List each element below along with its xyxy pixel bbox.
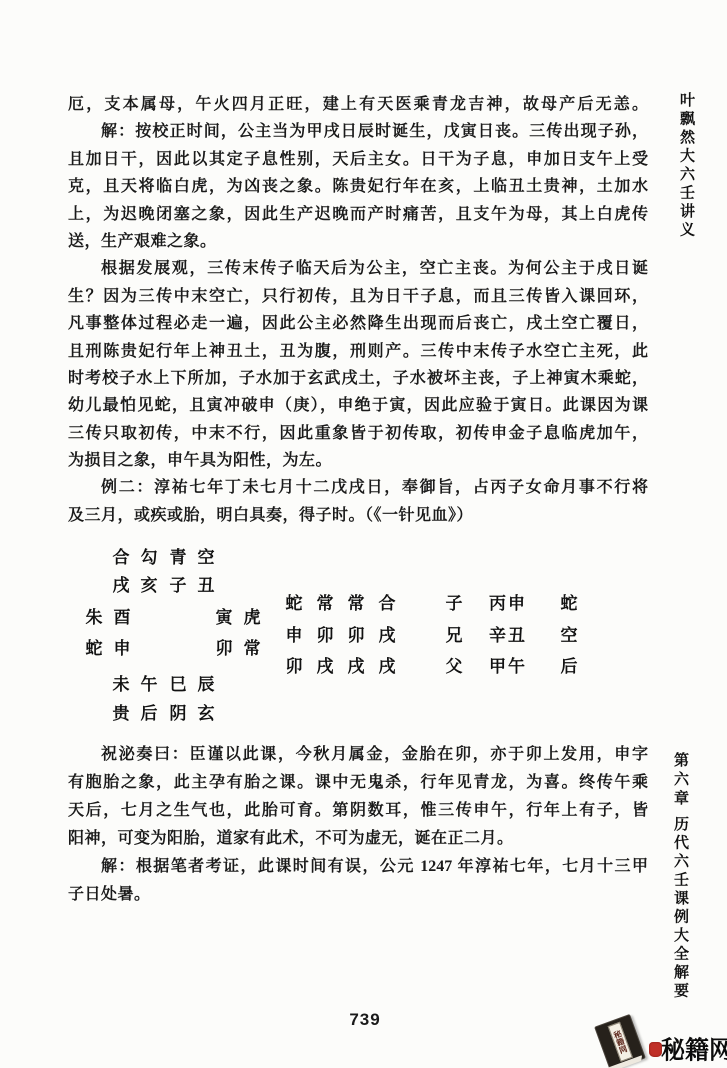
text-line: 上，为迟晚闭塞之象，因此生产迟晚而产时痛苦，且支午为母，其上白虎传 xyxy=(68,201,648,228)
text-line: 送，生产艰难之象。 xyxy=(68,228,648,255)
text-line: 克，且天将临白虎，为凶丧之象。陈贵妃行年在亥，上临丑土贵神，土加水 xyxy=(68,173,648,200)
lesson-char: 戌 xyxy=(378,658,396,676)
plate-char: 贵 xyxy=(112,705,130,723)
lesson-char: 戌 xyxy=(316,658,334,676)
text-line: 凡事整体过程必走一遍，因此公主必然降生出现而后丧亡，戌土空亡覆日， xyxy=(68,310,648,337)
watermark-site-name: 秘籍网 xyxy=(661,1029,727,1066)
paragraph-example-2: 例二：淳祐七年丁未七月十二戊戌日，奉御旨，占丙子女命月事不行将 及三月，或疾或胎… xyxy=(68,474,648,529)
plate-char: 亥 xyxy=(140,577,158,595)
text-line: 阳神，可变为阳胎，道家有此术，不可为虚无，诞在正二月。 xyxy=(68,825,648,853)
plate-char: 阴 xyxy=(169,705,187,723)
plate-char: 戌 xyxy=(112,577,130,595)
lesson-char: 卯 xyxy=(316,627,334,645)
text-line: 幼儿最怕见蛇，且寅冲破申（庚），申绝于寅，因此应验于寅日。此课因为课 xyxy=(68,392,648,419)
plate-char: 青 xyxy=(169,549,187,567)
transmission-ganzhi: 丙申 xyxy=(486,595,530,613)
transmission-god: 后 xyxy=(560,658,578,676)
plate-char: 午 xyxy=(140,676,158,694)
transmission-god: 蛇 xyxy=(560,595,578,613)
lesson-char: 戌 xyxy=(347,658,365,676)
plate-char: 后 xyxy=(140,705,158,723)
lesson-char: 卯 xyxy=(285,658,303,676)
paragraph: 祝泌奏曰：臣谨以此课，今秋月属金，金胎在卯，亦于卯上发用，申字 有胞胎之象，此主… xyxy=(68,741,648,853)
paragraph: 厄，支本属母，午火四月正旺，建上有天医乘青龙吉神，故母产后无恙。 xyxy=(68,91,648,118)
text-line: 有胞胎之象，此主孕有胎之课。课中无鬼杀，行年见青龙，为喜。终传午乘 xyxy=(68,769,648,797)
chapter-title-vertical: 历代六壬课例大全解要 xyxy=(670,816,691,1001)
text-line: 且加日干，因此以其定子息性别，天后主女。日干为子息，申加日支午上受 xyxy=(68,146,648,173)
plate-char: 子 xyxy=(169,577,187,595)
transmission-ganzhi: 甲午 xyxy=(486,658,530,676)
text-line: 三传只取初传，中末不行，因此重象皆于初传取，初传申金子息临虎加午， xyxy=(68,420,648,447)
plate-char: 勾 xyxy=(140,549,158,567)
text-line: 解：根据笔者考证，此课时间有误，公元 1247 年淳祐七年，七月十三甲 xyxy=(68,853,648,881)
plate-char: 虎 xyxy=(243,609,261,627)
text-line: 厄，支本属母，午火四月正旺，建上有天医乘青龙吉神，故母产后无恙。 xyxy=(68,91,648,118)
plate-char: 未 xyxy=(112,676,130,694)
text-line: 及三月，或疾或胎，明白具奏，得子时。（《一针见血》） xyxy=(68,502,648,529)
text-line: 时考校子水上下所加，子水加于玄武戌土，子水被坏主丧，子上神寅木乘蛇， xyxy=(68,365,648,392)
plate-char: 巳 xyxy=(169,676,187,694)
text-line: 为损目之象，申午具为阳性，为左。 xyxy=(68,447,648,474)
plate-char: 朱 xyxy=(85,609,103,627)
transmission-ganzhi: 辛丑 xyxy=(486,627,530,645)
lesson-char: 蛇 xyxy=(285,595,303,613)
lesson-char: 常 xyxy=(316,595,334,613)
book-stamp-label: 秘籍网 xyxy=(608,1022,633,1062)
lesson-char: 戌 xyxy=(378,627,396,645)
transmission-god: 空 xyxy=(560,627,578,645)
text-line: 子日处暑。 xyxy=(68,881,648,909)
lesson-char: 卯 xyxy=(347,627,365,645)
text-line: 且刑陈贵妃行年上神丑土，丑为腹，刑则产。三传中末传子水空亡主死，此 xyxy=(68,338,648,365)
plate-char: 申 xyxy=(113,640,131,658)
paragraph: 解：根据笔者考证，此课时间有误，公元 1247 年淳祐七年，七月十三甲 子日处暑… xyxy=(68,853,648,909)
book-page: 厄，支本属母，午火四月正旺，建上有天医乘青龙吉神，故母产后无恙。 解：按校正时间… xyxy=(0,0,727,1068)
main-text-bottom: 祝泌奏曰：臣谨以此课，今秋月属金，金胎在卯，亦于卯上发用，申字 有胞胎之象，此主… xyxy=(68,741,648,909)
text-line: 根据发展观，三传末传子临天后为公主，空亡主丧。为何公主于戌日诞 xyxy=(68,255,648,282)
page-number: 739 xyxy=(330,1010,400,1030)
book-title-vertical: 叶飘然大六壬讲义 xyxy=(676,92,697,240)
plate-char: 蛇 xyxy=(85,640,103,658)
book-stamp-icon: 秘籍网 xyxy=(594,1014,646,1068)
plate-char: 玄 xyxy=(197,705,215,723)
plate-char: 空 xyxy=(197,549,215,567)
text-line: 生？因为三传中末空亡，只行初传，且为日干子息，而且三传皆入课回环， xyxy=(68,283,648,310)
plate-char: 寅 xyxy=(215,609,233,627)
chapter-number-vertical: 第六章 xyxy=(670,752,691,809)
lesson-char: 常 xyxy=(347,595,365,613)
plate-char: 常 xyxy=(243,640,261,658)
plate-char: 卯 xyxy=(215,640,233,658)
text-line: 例二：淳祐七年丁未七月十二戊戌日，奉御旨，占丙子女命月事不行将 xyxy=(68,474,648,501)
plate-char: 合 xyxy=(112,549,130,567)
lesson-char: 申 xyxy=(285,627,303,645)
paragraph: 解：按校正时间，公主当为甲戌日辰时诞生，戊寅日丧。三传出现子孙， 且加日干，因此… xyxy=(68,118,648,255)
plate-char: 酉 xyxy=(113,609,131,627)
plate-char: 辰 xyxy=(197,676,215,694)
main-text-top: 厄，支本属母，午火四月正旺，建上有天医乘青龙吉神，故母产后无恙。 解：按校正时间… xyxy=(68,91,648,529)
transmission-relation: 父 xyxy=(445,658,463,676)
text-line: 祝泌奏曰：臣谨以此课，今秋月属金，金胎在卯，亦于卯上发用，申字 xyxy=(68,741,648,769)
plate-char: 丑 xyxy=(197,577,215,595)
text-line: 天后，七月之生气也，此胎可育。第阴数耳，惟三传申午，行年上有子，皆 xyxy=(68,797,648,825)
paragraph: 根据发展观，三传末传子临天后为公主，空亡主丧。为何公主于戌日诞 生？因为三传中末… xyxy=(68,255,648,474)
text-line: 解：按校正时间，公主当为甲戌日辰时诞生，戊寅日丧。三传出现子孙， xyxy=(68,118,648,145)
transmission-relation: 兄 xyxy=(445,627,463,645)
transmission-relation: 子 xyxy=(445,595,463,613)
lesson-char: 合 xyxy=(378,595,396,613)
